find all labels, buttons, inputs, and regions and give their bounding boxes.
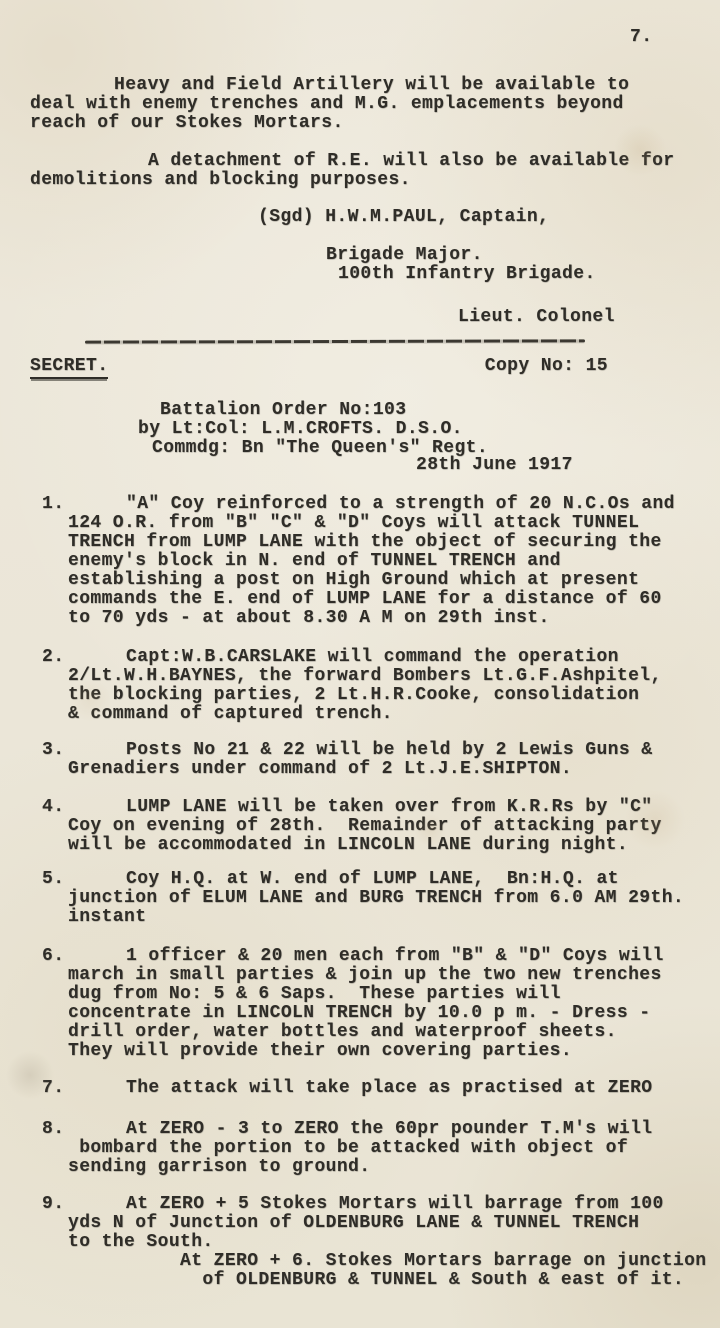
item-text: Posts No 21 & 22 will be held by 2 Lewis… — [68, 741, 710, 779]
item-number: 4. — [42, 798, 68, 855]
document-page: 7. Heavy and Field Artillery will be ava… — [0, 0, 720, 1328]
classification-row: SECRET. Copy No: 15 — [30, 357, 608, 379]
order-item-4: 4. LUMP LANE will be taken over from K.R… — [0, 798, 710, 855]
item-text: Coy H.Q. at W. end of LUMP LANE, Bn:H.Q.… — [68, 870, 710, 927]
order-item-9: 9. At ZERO + 5 Stokes Mortars will barra… — [0, 1195, 710, 1290]
order-item-2: 2. Capt:W.B.CARSLAKE will command the op… — [0, 648, 710, 724]
divider-rule — [85, 339, 585, 343]
item-text: LUMP LANE will be taken over from K.R.Rs… — [68, 798, 710, 855]
item-text: At ZERO + 5 Stokes Mortars will barrage … — [68, 1195, 710, 1290]
item-text: "A" Coy reinforced to a strength of 20 N… — [68, 495, 710, 628]
item-text: Capt:W.B.CARSLAKE will command the opera… — [68, 648, 710, 724]
item-number: 9. — [42, 1195, 68, 1290]
order-title: Battalion Order No:103 — [160, 401, 720, 420]
signature-role-brigade-major: Brigade Major. — [326, 246, 720, 265]
intro-paragraph-artillery: Heavy and Field Artillery will be availa… — [30, 76, 696, 133]
item-number: 2. — [42, 648, 68, 724]
order-item-5: 5. Coy H.Q. at W. end of LUMP LANE, Bn:H… — [0, 870, 710, 927]
item-number: 3. — [42, 741, 68, 779]
order-item-8: 8. At ZERO - 3 to ZERO the 60pr pounder … — [0, 1120, 710, 1177]
signature-signed-line: (Sgd) H.W.M.PAUL, Captain, — [258, 208, 720, 227]
item-number: 7. — [42, 1079, 68, 1098]
intro-paragraph-re-detachment: A detachment of R.E. will also be availa… — [30, 152, 696, 190]
item-number: 8. — [42, 1120, 68, 1177]
copy-number: Copy No: 15 — [485, 357, 608, 376]
item-number: 5. — [42, 870, 68, 927]
secret-label: SECRET. — [30, 357, 108, 379]
order-commander: by Lt:Col: L.M.CROFTS. D.S.O. — [138, 420, 720, 439]
signature-role-brigade: 100th Infantry Brigade. — [338, 265, 720, 284]
order-item-3: 3. Posts No 21 & 22 will be held by 2 Le… — [0, 741, 710, 779]
signature-lieut-colonel: Lieut. Colonel — [458, 308, 720, 327]
item-text: 1 officer & 20 men each from "B" & "D" C… — [68, 947, 710, 1061]
item-text: The attack will take place as practised … — [68, 1079, 710, 1098]
order-item-7: 7. The attack will take place as practis… — [0, 1079, 710, 1098]
order-date: 28th June 1917 — [416, 456, 720, 475]
item-number: 6. — [42, 947, 68, 1061]
order-item-1: 1. "A" Coy reinforced to a strength of 2… — [0, 495, 710, 628]
item-text: At ZERO - 3 to ZERO the 60pr pounder T.M… — [68, 1120, 710, 1177]
order-item-6: 6. 1 officer & 20 men each from "B" & "D… — [0, 947, 710, 1061]
page-number: 7. — [630, 28, 652, 47]
item-number: 1. — [42, 495, 68, 628]
